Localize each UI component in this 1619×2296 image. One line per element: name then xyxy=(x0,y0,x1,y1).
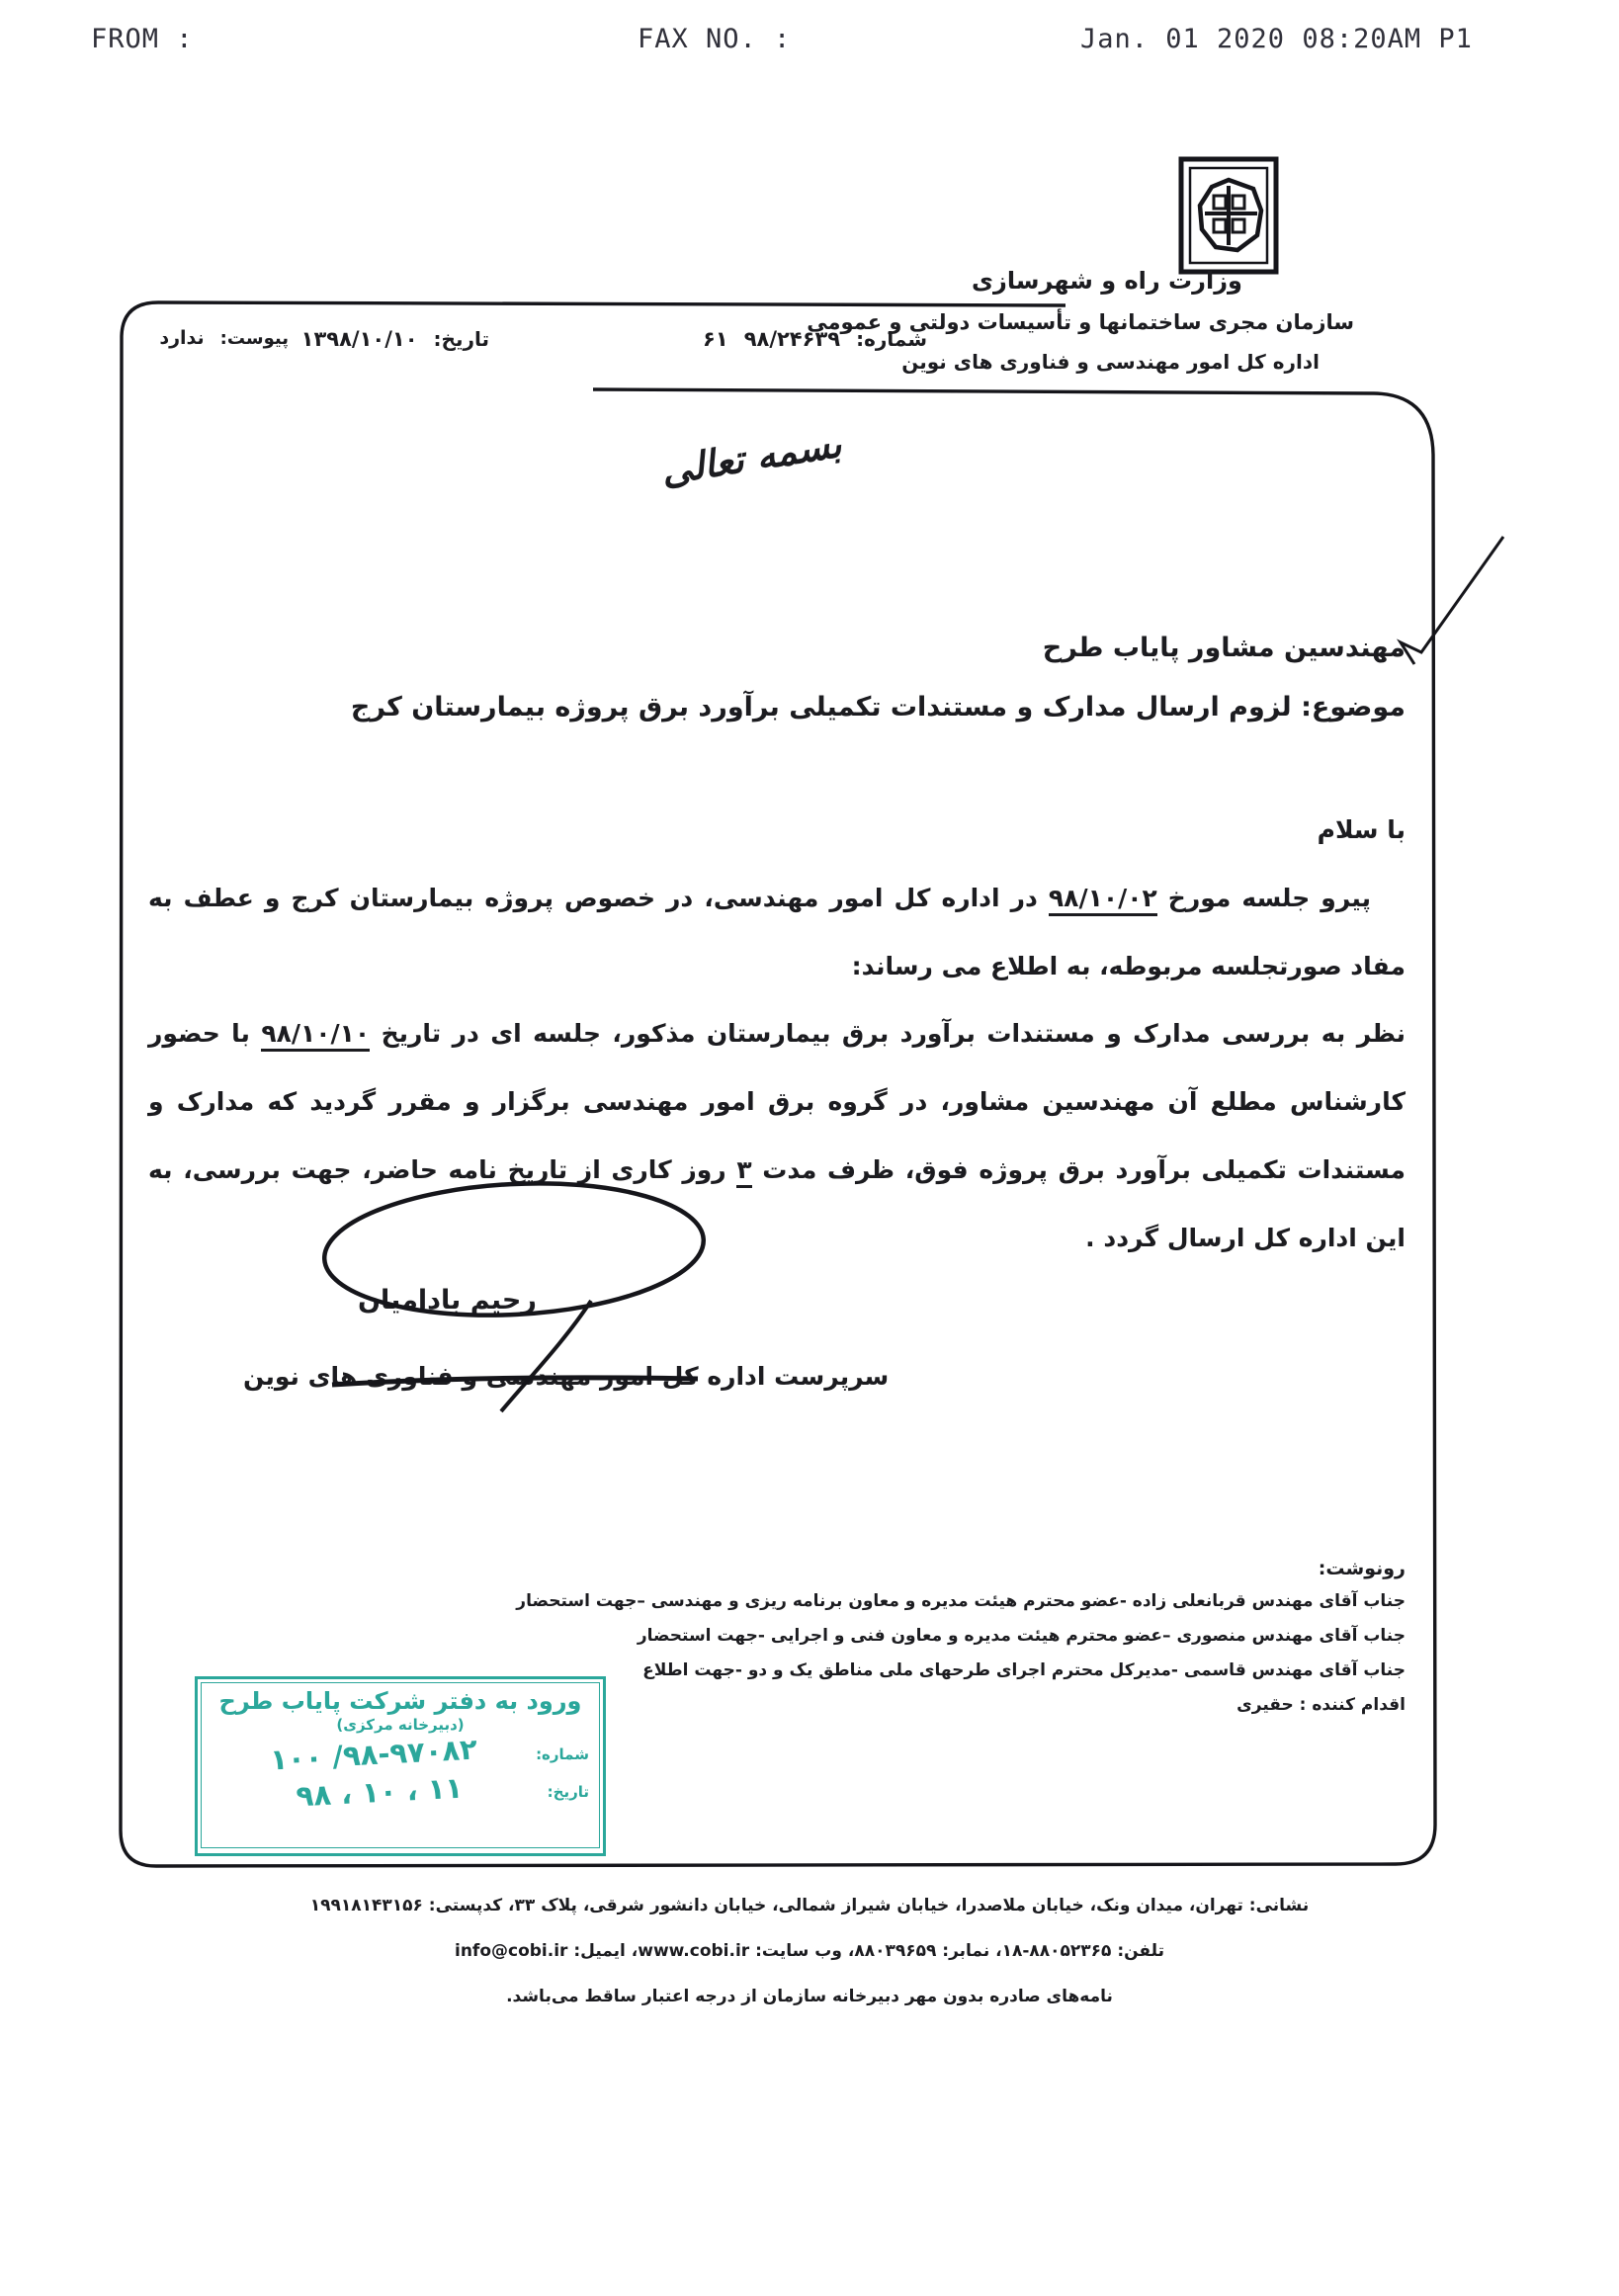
pen-mark xyxy=(1401,537,1503,664)
salutation: با سلام xyxy=(148,797,1406,865)
cc-actor: اقدام کننده : حقیری xyxy=(516,1695,1406,1715)
footer: نشانی: تهران، میدان ونک، خیابان ملاصدرا،… xyxy=(0,1896,1619,2032)
meta-number-group: شماره: ۹۸/۲۴۶۳۹ ۶۱ xyxy=(703,327,927,351)
recipient-line: مهندسین مشاور پایاب طرح xyxy=(1043,633,1406,663)
p2-deadline-days: ۳ xyxy=(736,1155,751,1188)
besmele-calligraphy: بسمه تعالی xyxy=(572,407,931,507)
signatory-name: رحیم بادامیان xyxy=(358,1285,537,1316)
stamp-title: ورود به دفتر شرکت پایاب طرح xyxy=(212,1687,589,1715)
fax-from-label: FROM : xyxy=(91,24,194,54)
letterhead-department: اداره کل امور مهندسی و فناوری های نوین xyxy=(934,350,1320,374)
p1-text: پیرو جلسه مورخ xyxy=(1157,884,1371,912)
subject-line: موضوع: لزوم ارسال مدارک و مستندات تکمیلی… xyxy=(351,692,1406,723)
attachment-label: پیوست: xyxy=(220,328,289,349)
number-value: ۹۸/۲۴۶۳۹ xyxy=(744,327,840,351)
date-label: تاریخ: xyxy=(434,327,489,351)
p1-meeting-date: ۹۸/۱۰/۰۲ xyxy=(1049,884,1157,916)
letter-body: با سلام پیرو جلسه مورخ ۹۸/۱۰/۰۲ در اداره… xyxy=(148,797,1406,1272)
fax-number-label: FAX NO. : xyxy=(638,24,791,54)
footer-disclaimer: نامه‌های صادره بدون مهر دبیرخانه سازمان … xyxy=(0,1987,1619,2006)
stamp-date-row: تاریخ: ۱۱ ، ۱۰ ، ۹۸ xyxy=(212,1775,589,1809)
letterhead-ministry: وزارت راه و شهرسازی xyxy=(929,267,1285,295)
cc-label: رونوشت: xyxy=(516,1558,1406,1579)
meta-date-group: تاریخ: ۱۳۹۸/۱۰/۱۰ xyxy=(301,327,489,351)
ministry-emblem-icon xyxy=(1178,156,1279,275)
receipt-stamp-inner: ورود به دفتر شرکت پایاب طرح (دبیرخانه مر… xyxy=(201,1682,600,1848)
meta-attachment-group: پیوست: ندارد xyxy=(159,327,289,349)
cc-block: رونوشت: جناب آقای مهندس قربانعلی زاده -ع… xyxy=(516,1558,1406,1715)
p2-text: نظر به بررسی مدارک و مستندات برآورد برق … xyxy=(370,1019,1406,1048)
fax-timestamp: Jan. 01 2020 08:20AM P1 xyxy=(1080,24,1473,54)
letterhead-organization: سازمان مجری ساختمانها و تأسیسات دولتی و … xyxy=(890,310,1354,334)
date-value: ۱۳۹۸/۱۰/۱۰ xyxy=(301,327,418,351)
footer-address: نشانی: تهران، میدان ونک، خیابان ملاصدرا،… xyxy=(0,1896,1619,1915)
cc-item: جناب آقای مهندس قاسمی -مدیرکل محترم اجرا… xyxy=(516,1660,1406,1680)
footer-contact: تلفن: ۸۸۰۵۲۳۶۵-۱۸، نمابر: ۸۸۰۳۹۶۵۹، وب س… xyxy=(0,1941,1619,1961)
cc-item: جناب آقای مهندس قربانعلی زاده -عضو محترم… xyxy=(516,1591,1406,1611)
paragraph-1: پیرو جلسه مورخ ۹۸/۱۰/۰۲ در اداره کل امور… xyxy=(148,865,1406,1001)
p2-meeting-date: ۹۸/۱۰/۱۰ xyxy=(261,1019,370,1052)
signatory-title: سرپرست اداره کل امور مهندسی و فناوری های… xyxy=(243,1362,889,1391)
attachment-value: ندارد xyxy=(159,327,204,349)
number-suffix: ۶۱ xyxy=(703,327,728,351)
receipt-stamp: ورود به دفتر شرکت پایاب طرح (دبیرخانه مر… xyxy=(195,1676,606,1856)
ministry-emblem-graphic xyxy=(1178,156,1279,275)
signature-tail-stroke xyxy=(501,1301,591,1411)
stamp-number-label: شماره: xyxy=(536,1745,589,1763)
paragraph-2: نظر به بررسی مدارک و مستندات برآورد برق … xyxy=(148,1000,1406,1272)
cc-item: جناب آقای مهندس منصوری –عضو محترم هیئت م… xyxy=(516,1626,1406,1646)
number-label: شماره: xyxy=(856,327,927,351)
stamp-date-label: تاریخ: xyxy=(548,1783,589,1801)
scanned-fax-letter: FROM : FAX NO. : Jan. 01 2020 08:20AM P1… xyxy=(0,0,1619,2296)
